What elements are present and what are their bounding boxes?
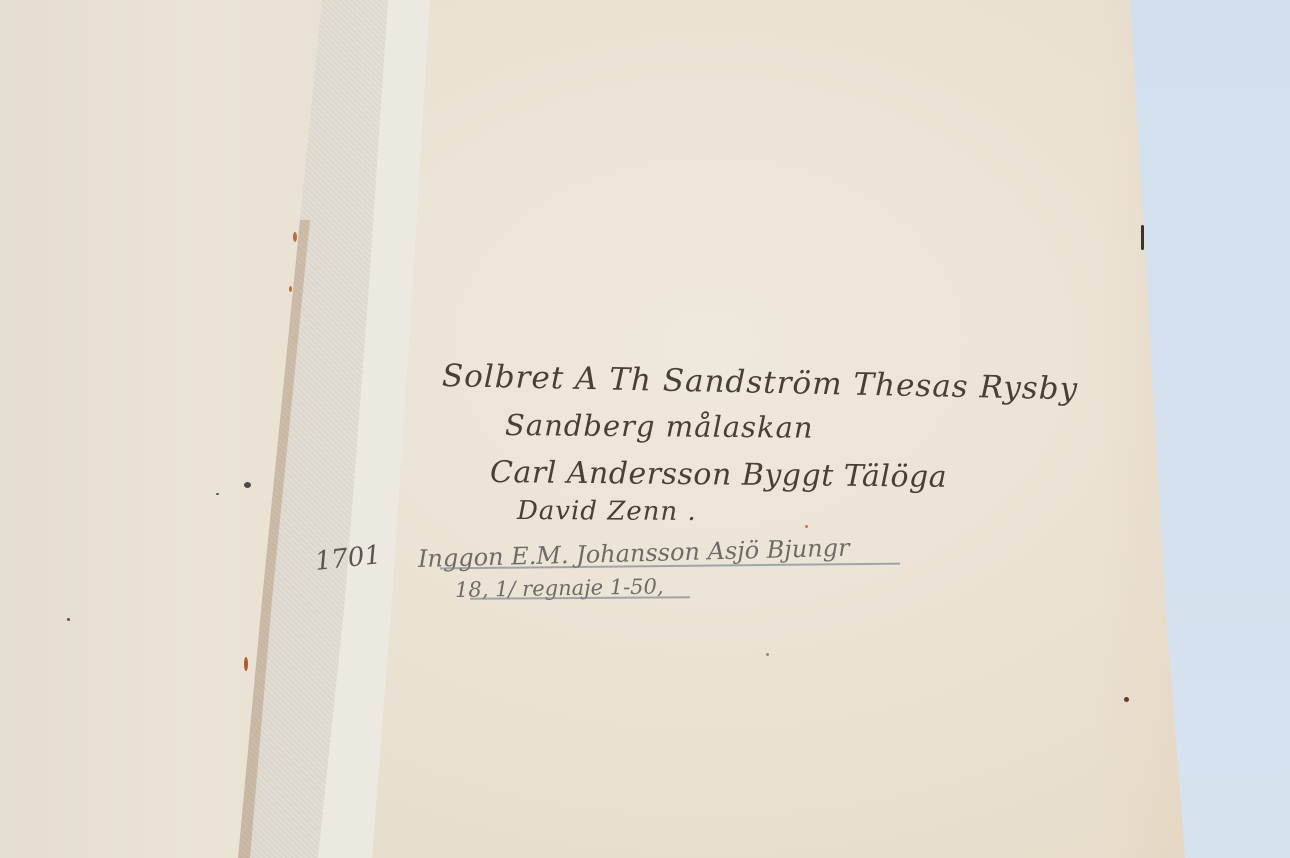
foxing-spot	[805, 525, 808, 528]
foxing-spot	[244, 482, 251, 488]
inscription-line-3: Carl Andersson Byggt Tälöga	[490, 455, 947, 495]
book-photo: Solbret A Th Sandström Thesas Rysby Sand…	[0, 0, 1290, 858]
foxing-spot	[216, 493, 219, 495]
foxing-spot	[289, 286, 292, 292]
foxing-spot	[1124, 697, 1129, 702]
foxing-spot	[293, 232, 297, 242]
inscription-line-4: David Zenn .	[517, 496, 697, 527]
foxing-spot	[244, 657, 248, 671]
inscription-line-2: Sandberg målaskan	[505, 408, 814, 445]
foxing-spot	[1141, 225, 1144, 250]
foxing-spot	[67, 618, 70, 621]
foxing-spot	[766, 653, 769, 656]
